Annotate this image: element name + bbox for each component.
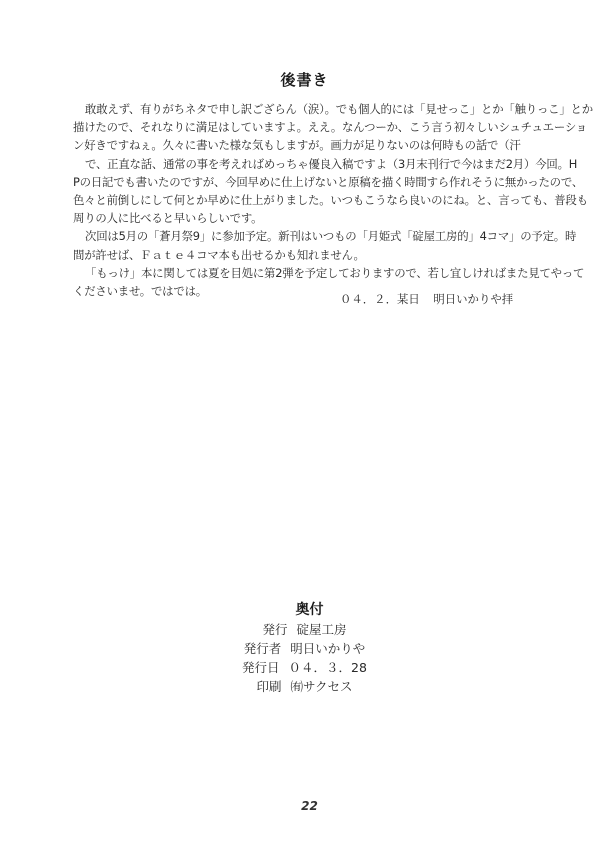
afterword-heading: 後書き (0, 69, 609, 90)
signature-author: 明日いかりや拝 (433, 292, 513, 306)
body-line: 敢敢えず、有りがちネタで申し訳ござらん（涙）。でも個人的には「見せっこ」とか「触… (73, 100, 563, 118)
colophon-row-printer: 印刷㈲サクセス (0, 677, 609, 696)
colophon-title: 奥付 (10, 600, 609, 620)
colophon-row-publisher: 発行碇屋工房 (0, 620, 609, 639)
colophon-label: 発行者 (244, 639, 282, 658)
colophon-value: 碇屋工房 (297, 620, 347, 639)
body-line: 周りの人に比べると早いらしいです。 (73, 209, 563, 227)
afterword-body: 敢敢えず、有りがちネタで申し訳ござらん（涙）。でも個人的には「見せっこ」とか「触… (73, 100, 563, 300)
colophon: 奥付 発行碇屋工房 発行者明日いかりや 発行日０４．３．28 印刷㈲サクセス (0, 600, 609, 696)
signature-date: ０４．２．某日 (340, 292, 420, 306)
body-line: で、正直な話、通常の事を考えればめっちゃ優良入稿ですよ（3月末刊行で今はまだ2月… (73, 155, 563, 173)
body-line: 間が許せば、Ｆａｔｅ４コマ本も出せるかも知れません。 (73, 246, 563, 264)
colophon-label: 発行 (262, 620, 287, 639)
body-line: 次回は5月の「蒼月祭9」に参加予定。新刊はいつもの「月姫式「碇屋工房的」4コマ」… (73, 227, 563, 245)
page-number: 22 (5, 799, 609, 813)
colophon-value: ０４．３．28 (289, 658, 367, 677)
colophon-row-issue-date: 発行日０４．３．28 (0, 658, 609, 677)
colophon-row-issuer: 発行者明日いかりや (0, 639, 609, 658)
colophon-value: ㈲サクセス (291, 677, 353, 696)
signature: ０４．２．某日 明日いかりや拝 (340, 291, 513, 307)
body-line: Pの日記でも書いたのですが、今回早めに仕上げないと原稿を描く時間すら作れそうに無… (73, 173, 563, 191)
body-line: ン好きですねぇ。久々に書いた様な気もしますが。画力が足りないのは何時もの話で（汗 (73, 136, 563, 154)
colophon-value: 明日いかりや (290, 639, 365, 658)
body-line: 色々と前倒しにして何とか早めに仕上がりました。いつもこうなら良いのにね。と、言っ… (73, 191, 563, 209)
colophon-label: 印刷 (256, 677, 281, 696)
colophon-label: 発行日 (242, 658, 280, 677)
body-line: 描けたので、それなりに満足はしていますよ。ええ。なんつーか、こう言う初々しいシュ… (73, 118, 563, 136)
document-page: 後書き 敢敢えず、有りがちネタで申し訳ござらん（涙）。でも個人的には「見せっこ」… (0, 0, 609, 860)
body-line: 「もっけ」本に関しては夏を目処に第2弾を予定しておりますので、若し宜しければまた… (73, 264, 563, 282)
